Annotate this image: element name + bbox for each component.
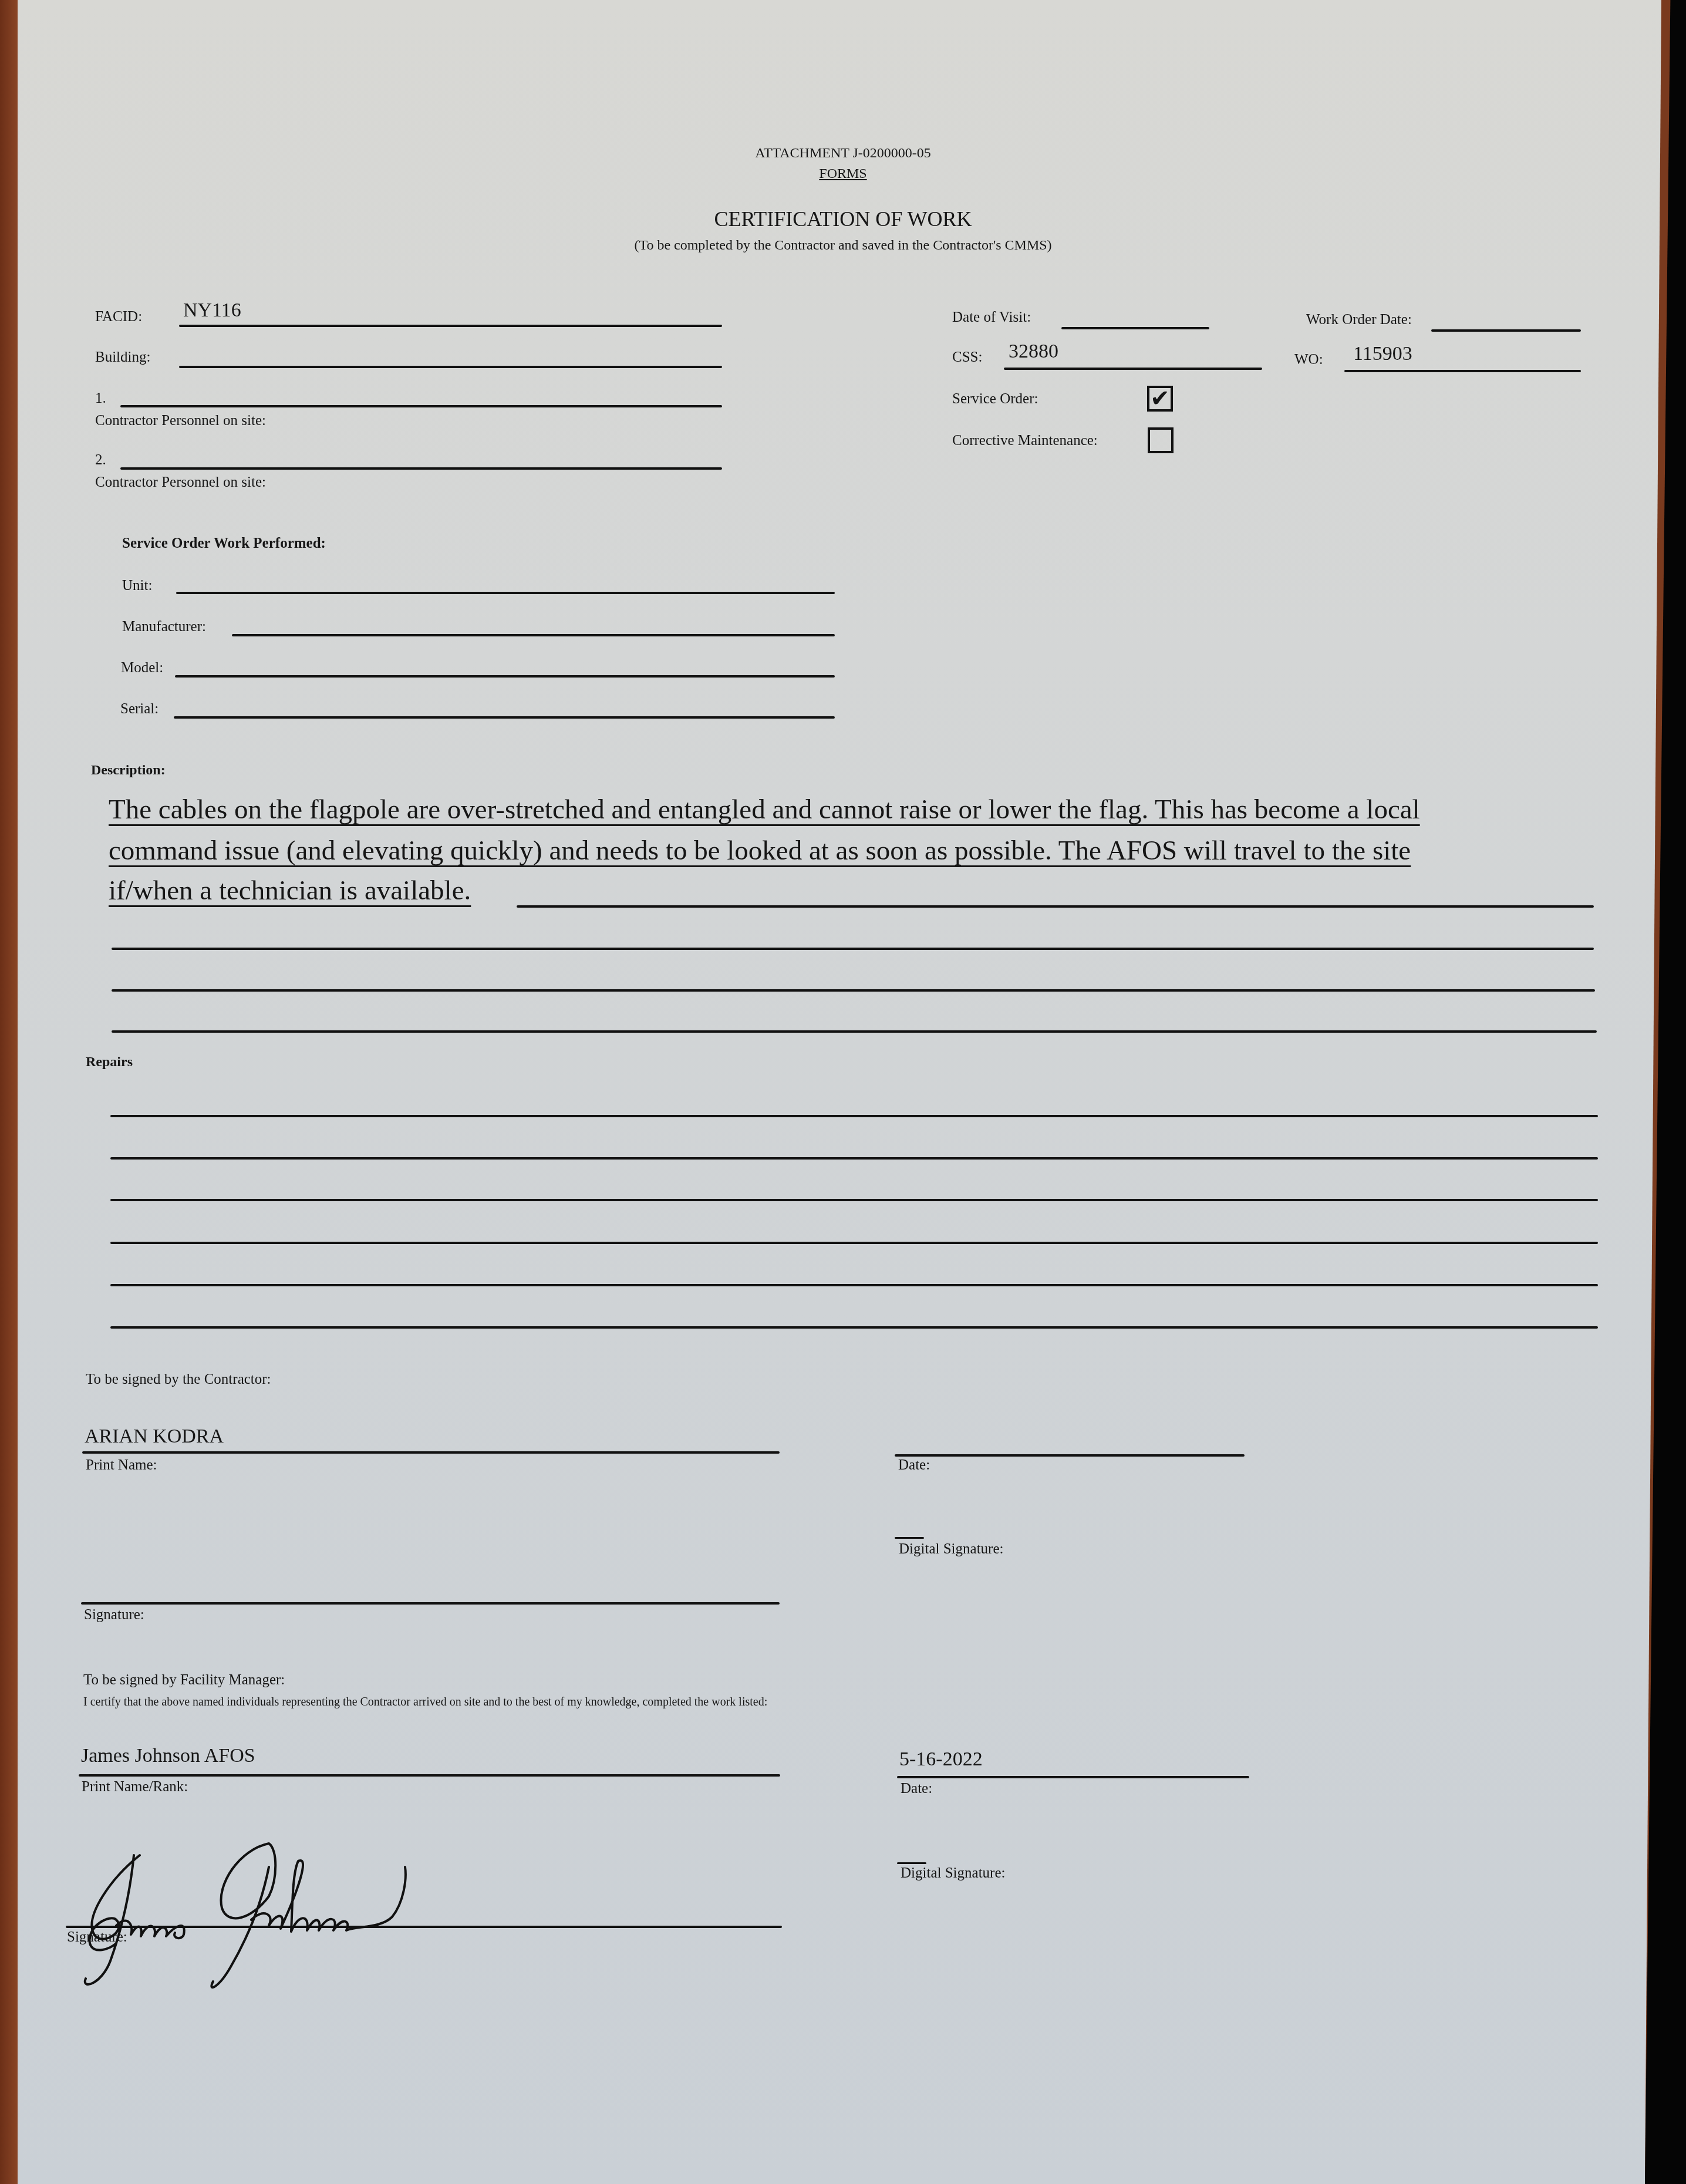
wo-line xyxy=(1344,370,1581,372)
serial-field[interactable] xyxy=(174,716,835,719)
contractor-print-name-value[interactable]: ARIAN KODRA xyxy=(85,1425,224,1448)
repairs-line[interactable] xyxy=(110,1199,1598,1201)
repairs-line[interactable] xyxy=(110,1157,1598,1160)
facility-manager-date-value[interactable]: 5-16-2022 xyxy=(899,1748,983,1771)
description-line-2[interactable]: command issue (and elevating quickly) an… xyxy=(109,835,1411,867)
facility-manager-date-label: Date: xyxy=(901,1781,932,1797)
work-order-date-field[interactable] xyxy=(1431,329,1581,332)
facility-manager-digital-signature-mark xyxy=(897,1862,926,1864)
attachment-label: ATTACHMENT J-0200000-05 xyxy=(0,146,1686,161)
description-line-3[interactable]: if/when a technician is available. xyxy=(109,875,471,906)
personnel-2-label: Contractor Personnel on site: xyxy=(95,474,266,491)
facility-manager-heading: To be signed by Facility Manager: xyxy=(83,1672,285,1688)
personnel-2-field[interactable] xyxy=(120,467,722,470)
building-field[interactable] xyxy=(179,366,722,368)
wo-label: WO: xyxy=(1294,352,1323,368)
facid-value[interactable]: NY116 xyxy=(183,299,241,322)
facility-manager-date-line xyxy=(897,1776,1249,1778)
personnel-1-number: 1. xyxy=(95,390,106,407)
wo-value[interactable]: 115903 xyxy=(1353,343,1412,365)
corrective-maintenance-checkbox[interactable] xyxy=(1148,427,1174,453)
facility-manager-print-name-label: Print Name/Rank: xyxy=(82,1779,188,1795)
checkmark-icon: ✔ xyxy=(1150,387,1170,410)
contractor-digital-signature-label[interactable]: Digital Signature: xyxy=(899,1541,1003,1558)
unit-label: Unit: xyxy=(122,578,152,594)
description-line-3-fill xyxy=(517,905,1594,908)
contractor-print-name-label: Print Name: xyxy=(86,1457,157,1474)
contractor-heading: To be signed by the Contractor: xyxy=(86,1371,271,1388)
css-line xyxy=(1004,368,1262,370)
handwritten-signature xyxy=(75,1832,603,1996)
description-label: Description: xyxy=(91,763,166,778)
model-field[interactable] xyxy=(175,675,835,678)
repairs-line[interactable] xyxy=(110,1284,1598,1286)
contractor-date-field[interactable] xyxy=(895,1454,1245,1457)
facility-manager-certification: I certify that the above named individua… xyxy=(83,1696,767,1709)
service-order-checkbox[interactable]: ✔ xyxy=(1147,386,1173,412)
desk-background xyxy=(0,0,18,2184)
manufacturer-field[interactable] xyxy=(232,634,835,636)
repairs-line[interactable] xyxy=(110,1115,1598,1117)
work-order-date-label: Work Order Date: xyxy=(1306,312,1412,328)
manufacturer-label: Manufacturer: xyxy=(122,619,206,635)
contractor-signature-label: Signature: xyxy=(84,1607,144,1623)
personnel-1-field[interactable] xyxy=(120,405,722,407)
building-label: Building: xyxy=(95,349,150,366)
unit-field[interactable] xyxy=(176,592,835,594)
description-blank-line[interactable] xyxy=(112,989,1595,992)
contractor-print-name-line xyxy=(82,1451,780,1454)
forms-label: FORMS xyxy=(0,166,1686,182)
service-order-label: Service Order: xyxy=(952,391,1038,407)
repairs-line[interactable] xyxy=(110,1326,1598,1329)
personnel-2-number: 2. xyxy=(95,452,106,469)
corrective-maintenance-label: Corrective Maintenance: xyxy=(952,433,1098,449)
contractor-digital-signature-mark xyxy=(895,1537,924,1539)
facility-manager-digital-signature-label[interactable]: Digital Signature: xyxy=(901,1865,1005,1882)
contractor-signature-field[interactable] xyxy=(81,1602,780,1605)
model-label: Model: xyxy=(121,660,163,676)
form-subtitle: (To be completed by the Contractor and s… xyxy=(0,238,1686,254)
css-label: CSS: xyxy=(952,349,982,366)
contractor-date-label: Date: xyxy=(898,1457,930,1474)
description-blank-line[interactable] xyxy=(112,1030,1597,1033)
serial-label: Serial: xyxy=(120,701,159,717)
repairs-line[interactable] xyxy=(110,1242,1598,1244)
service-order-work-heading: Service Order Work Performed: xyxy=(122,535,326,552)
facility-manager-print-name-line xyxy=(79,1774,780,1777)
facility-manager-print-name-value[interactable]: James Johnson AFOS xyxy=(81,1745,255,1767)
css-value[interactable]: 32880 xyxy=(1009,341,1058,363)
facid-line xyxy=(179,325,722,327)
date-of-visit-label: Date of Visit: xyxy=(952,309,1031,326)
description-blank-line[interactable] xyxy=(112,948,1594,950)
repairs-label: Repairs xyxy=(86,1054,133,1070)
facid-label: FACID: xyxy=(95,309,142,325)
date-of-visit-field[interactable] xyxy=(1061,327,1209,329)
form-title: CERTIFICATION OF WORK xyxy=(0,207,1686,231)
description-line-1[interactable]: The cables on the flagpole are over-stre… xyxy=(109,794,1420,825)
personnel-1-label: Contractor Personnel on site: xyxy=(95,413,266,429)
